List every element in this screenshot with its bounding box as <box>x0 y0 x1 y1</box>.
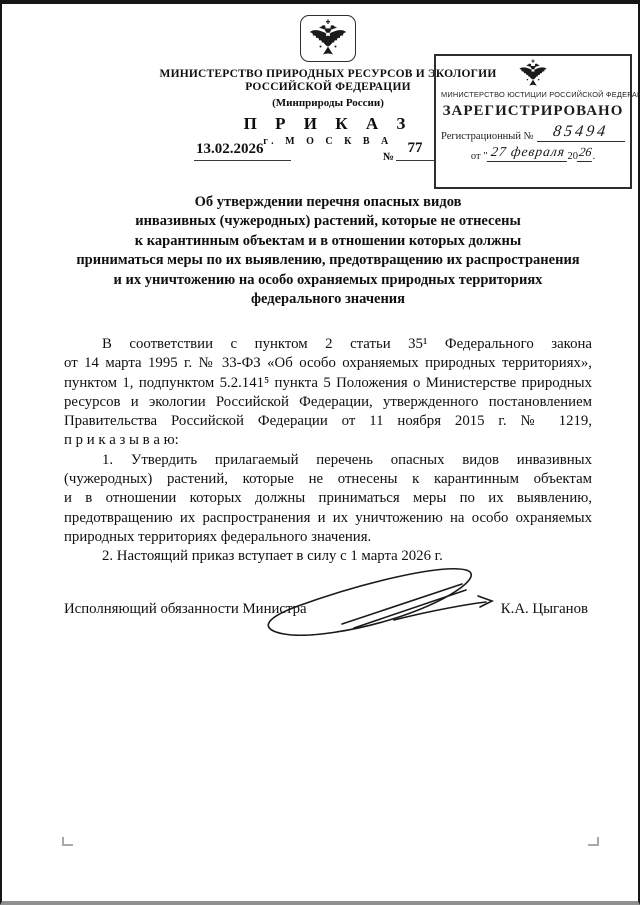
title-line: приниматься меры по их выявлению, предот… <box>58 251 598 270</box>
body-line: ресурсов и экологии Российской Федерации… <box>64 393 592 412</box>
signature-scribble <box>254 562 504 642</box>
body-line: (чужеродных) растений, которые не отнесе… <box>64 470 592 489</box>
body-line: п р и к а з ы в а ю: <box>64 431 592 450</box>
number-sign: № <box>383 151 394 163</box>
registration-label: Регистрационный № <box>441 131 534 142</box>
title-line: федерального значения <box>58 290 598 309</box>
body-line: предотвращению их распространения и их у… <box>64 509 592 528</box>
title-line: инвазивных (чужеродных) растений, которы… <box>58 212 598 231</box>
title-line: Об утверждении перечня опасных видов <box>58 193 598 212</box>
body-line: пунктом 1, подпунктом 5.2.141⁵ пункта 5 … <box>64 374 592 393</box>
body-line: В соответствии с пунктом 2 статьи 35¹ Фе… <box>64 335 592 354</box>
crop-mark-bottom-left <box>62 837 73 846</box>
stamp-date-row: от " 27 февраля 20 26 . <box>441 144 625 162</box>
body-line: и в отношении которых должны приниматься… <box>64 489 592 508</box>
order-number: 77 <box>396 140 434 161</box>
stamp-authority: МИНИСТЕРСТВО ЮСТИЦИИ РОССИЙСКОЙ ФЕДЕРАЦИ… <box>441 90 625 99</box>
year-handwritten: 26 <box>577 145 594 162</box>
signatory-name: К.А. Цыганов <box>501 601 588 618</box>
title-line: к карантинным объектам и в отношении кот… <box>58 232 598 251</box>
order-title: Об утверждении перечня опасных видов инв… <box>58 193 598 309</box>
from-label: от " <box>471 151 488 162</box>
crop-mark-bottom-right <box>588 837 599 846</box>
document-page: МИНИСТЕРСТВО ПРИРОДНЫХ РЕСУРСОВ И ЭКОЛОГ… <box>0 0 640 905</box>
registration-number: 85494 <box>552 124 609 140</box>
justice-ministry-eagle-icon <box>518 59 548 89</box>
stamp-registration-row: Регистрационный № 85494 <box>441 124 625 142</box>
body-line: Правительства Российской Федерации от 11… <box>64 412 592 431</box>
title-line: и их уничтожению на особо охраняемых при… <box>58 271 598 290</box>
double-headed-eagle-icon <box>308 19 348 59</box>
body-line: 1. Утвердить прилагаемый перечень опасны… <box>64 451 592 470</box>
order-body: В соответствии с пунктом 2 статьи 35¹ Фе… <box>64 335 592 567</box>
stamp-date-handwritten: 27 февраля <box>486 144 569 162</box>
stamp-period: . <box>592 151 595 162</box>
registration-number-field: 85494 <box>537 124 625 142</box>
stamp-status: ЗАРЕГИСТРИРОВАНО <box>441 103 625 120</box>
coat-of-arms-box <box>300 15 356 62</box>
body-line: природных территориях федерального значе… <box>64 528 592 547</box>
registration-stamp: МИНИСТЕРСТВО ЮСТИЦИИ РОССИЙСКОЙ ФЕДЕРАЦИ… <box>434 54 632 189</box>
body-line: от 14 марта 1995 г. № 33-ФЗ «Об особо ох… <box>64 354 592 373</box>
order-date: 13.02.2026 <box>194 141 291 161</box>
